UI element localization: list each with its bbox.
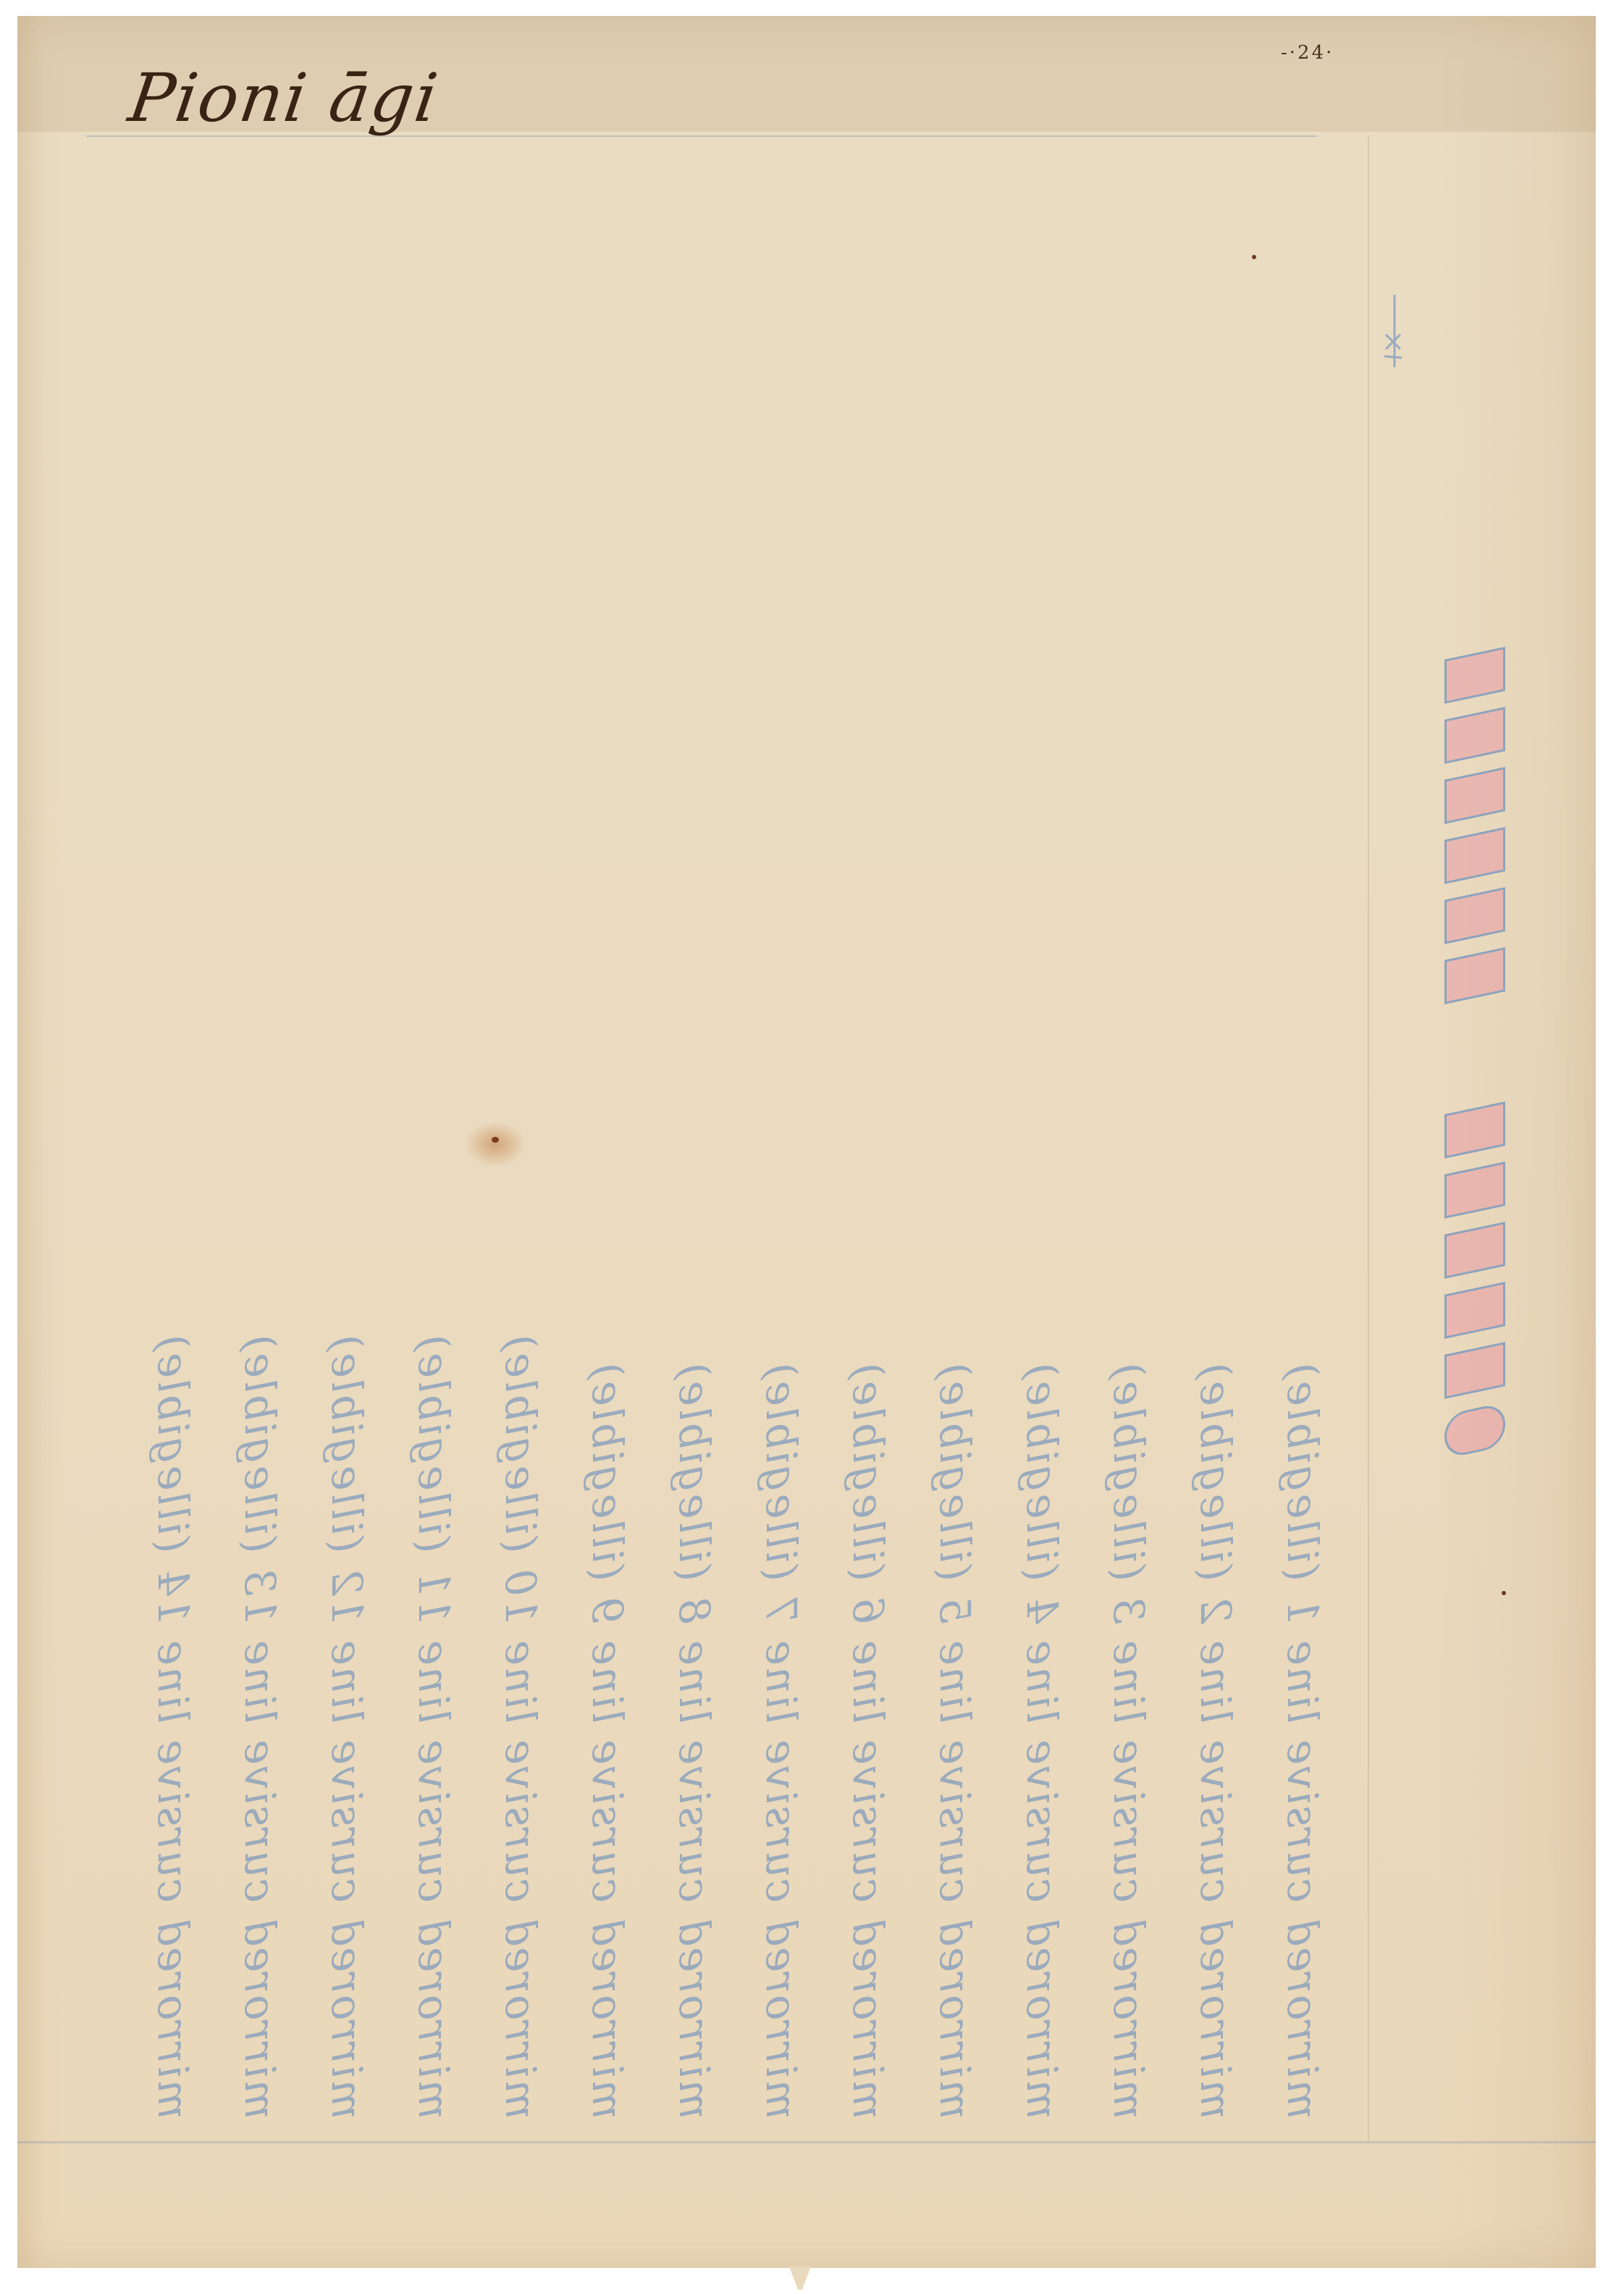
ink-speck bbox=[1252, 255, 1256, 259]
title-letter bbox=[1444, 1402, 1505, 1459]
body-line: mirrored cursive line 9 (illegible) bbox=[575, 150, 640, 2119]
title-letter bbox=[1444, 647, 1505, 704]
body-line: mirrored cursive line 3 (illegible) bbox=[1096, 150, 1161, 2119]
rust-stain bbox=[492, 1137, 499, 1143]
ruled-border-bottom bbox=[17, 2141, 1596, 2143]
title-letter bbox=[1444, 707, 1505, 764]
title-letter bbox=[1444, 887, 1505, 944]
body-line: mirrored cursive line 10 (illegible) bbox=[488, 150, 553, 2119]
body-line: mirrored cursive line 6 (illegible) bbox=[836, 150, 901, 2119]
title-letter bbox=[1444, 827, 1505, 884]
body-line: mirrored cursive line 5 (illegible) bbox=[922, 150, 988, 2119]
body-line: mirrored cursive line 14 (illegible) bbox=[140, 150, 206, 2119]
ruled-border-top bbox=[86, 135, 1317, 137]
body-line: mirrored cursive line 13 (illegible) bbox=[227, 150, 293, 2119]
title-letter bbox=[1444, 1222, 1505, 1279]
body-line: mirrored cursive line 1 (illegible) bbox=[1270, 150, 1335, 2119]
body-line: mirrored cursive line 7 (illegible) bbox=[749, 150, 814, 2119]
header-note: Pioni āgi bbox=[124, 59, 443, 137]
body-line: mirrored cursive line 8 (illegible) bbox=[662, 150, 727, 2119]
body-line: mirrored cursive line 4 (illegible) bbox=[1009, 150, 1074, 2119]
title-letter bbox=[1444, 767, 1505, 824]
title-letter bbox=[1444, 1282, 1505, 1339]
title-letter bbox=[1444, 947, 1505, 1004]
corner-mark: -·24· bbox=[1281, 42, 1334, 64]
ruled-border-right bbox=[1368, 135, 1369, 2141]
paper-sheet: Pioni āgi -·24· SAMAH DHAKAD (mirrored b… bbox=[17, 16, 1596, 2268]
mirrored-block-title bbox=[1435, 653, 1515, 1703]
title-letter bbox=[1444, 1101, 1505, 1159]
pencil-mark-icon bbox=[1379, 291, 1408, 371]
body-line: mirrored cursive line 12 (illegible) bbox=[314, 150, 379, 2119]
torn-edge bbox=[789, 2266, 811, 2290]
ink-speck bbox=[1502, 1591, 1506, 1595]
body-line: mirrored cursive line 11 (illegible) bbox=[401, 150, 466, 2119]
title-letter bbox=[1444, 1342, 1505, 1399]
body-line: mirrored cursive line 2 (illegible) bbox=[1183, 150, 1248, 2119]
title-letter bbox=[1444, 1161, 1505, 1219]
body-text-columns: mirrored cursive line 1 (illegible) mirr… bbox=[46, 150, 1350, 2134]
